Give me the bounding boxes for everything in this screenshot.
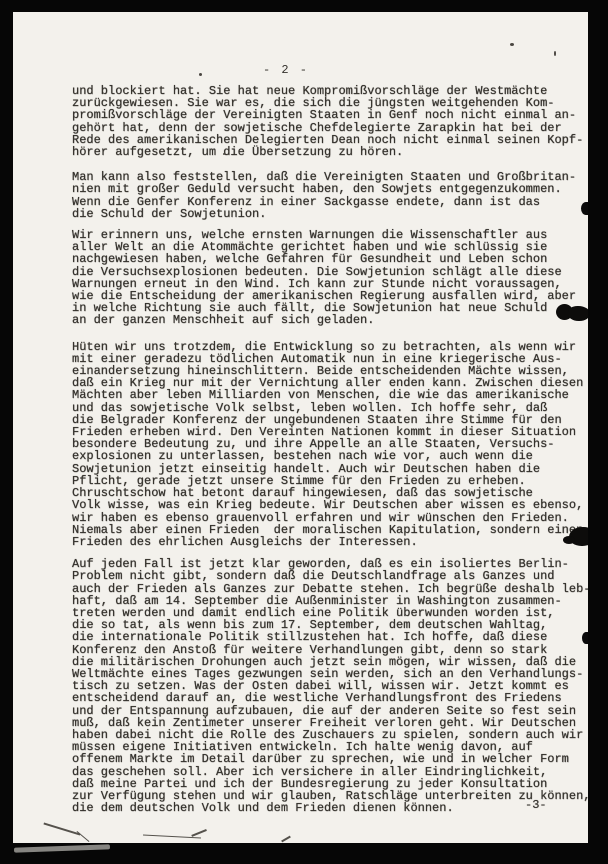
paragraph: Hüten wir uns trotzdem, die Entwicklung … <box>72 341 588 548</box>
dust-speck <box>199 73 202 76</box>
scratch-mark <box>191 829 206 836</box>
dust-speck <box>554 51 556 56</box>
ink-blot <box>563 536 575 544</box>
ink-blot <box>568 306 588 321</box>
film-edge-mark <box>582 632 588 644</box>
paragraph: Auf jeden Fall ist jetzt klar geworden, … <box>72 558 588 814</box>
scratch-mark <box>44 822 81 835</box>
dust-speck <box>223 153 225 155</box>
document-text: und blockiert hat. Sie hat neue Kompromi… <box>72 85 588 814</box>
film-edge-flaw <box>14 844 110 852</box>
paragraph: Wir erinnern uns, welche ernsten Warnung… <box>72 229 588 327</box>
scratch-mark <box>281 836 291 843</box>
paragraph: Man kann also feststellen, daß die Verei… <box>72 171 588 220</box>
document-paper: - 2 - und blockiert hat. Sie hat neue Ko… <box>13 12 588 843</box>
scratch-mark <box>77 831 90 842</box>
dust-speck <box>510 43 514 46</box>
page-number: - 2 - <box>263 63 309 77</box>
scanned-document-page: - 2 - und blockiert hat. Sie hat neue Ko… <box>0 0 608 864</box>
film-edge-mark <box>581 202 588 215</box>
next-page-number: -3- <box>525 798 547 812</box>
paragraph: und blockiert hat. Sie hat neue Kompromi… <box>72 85 588 158</box>
